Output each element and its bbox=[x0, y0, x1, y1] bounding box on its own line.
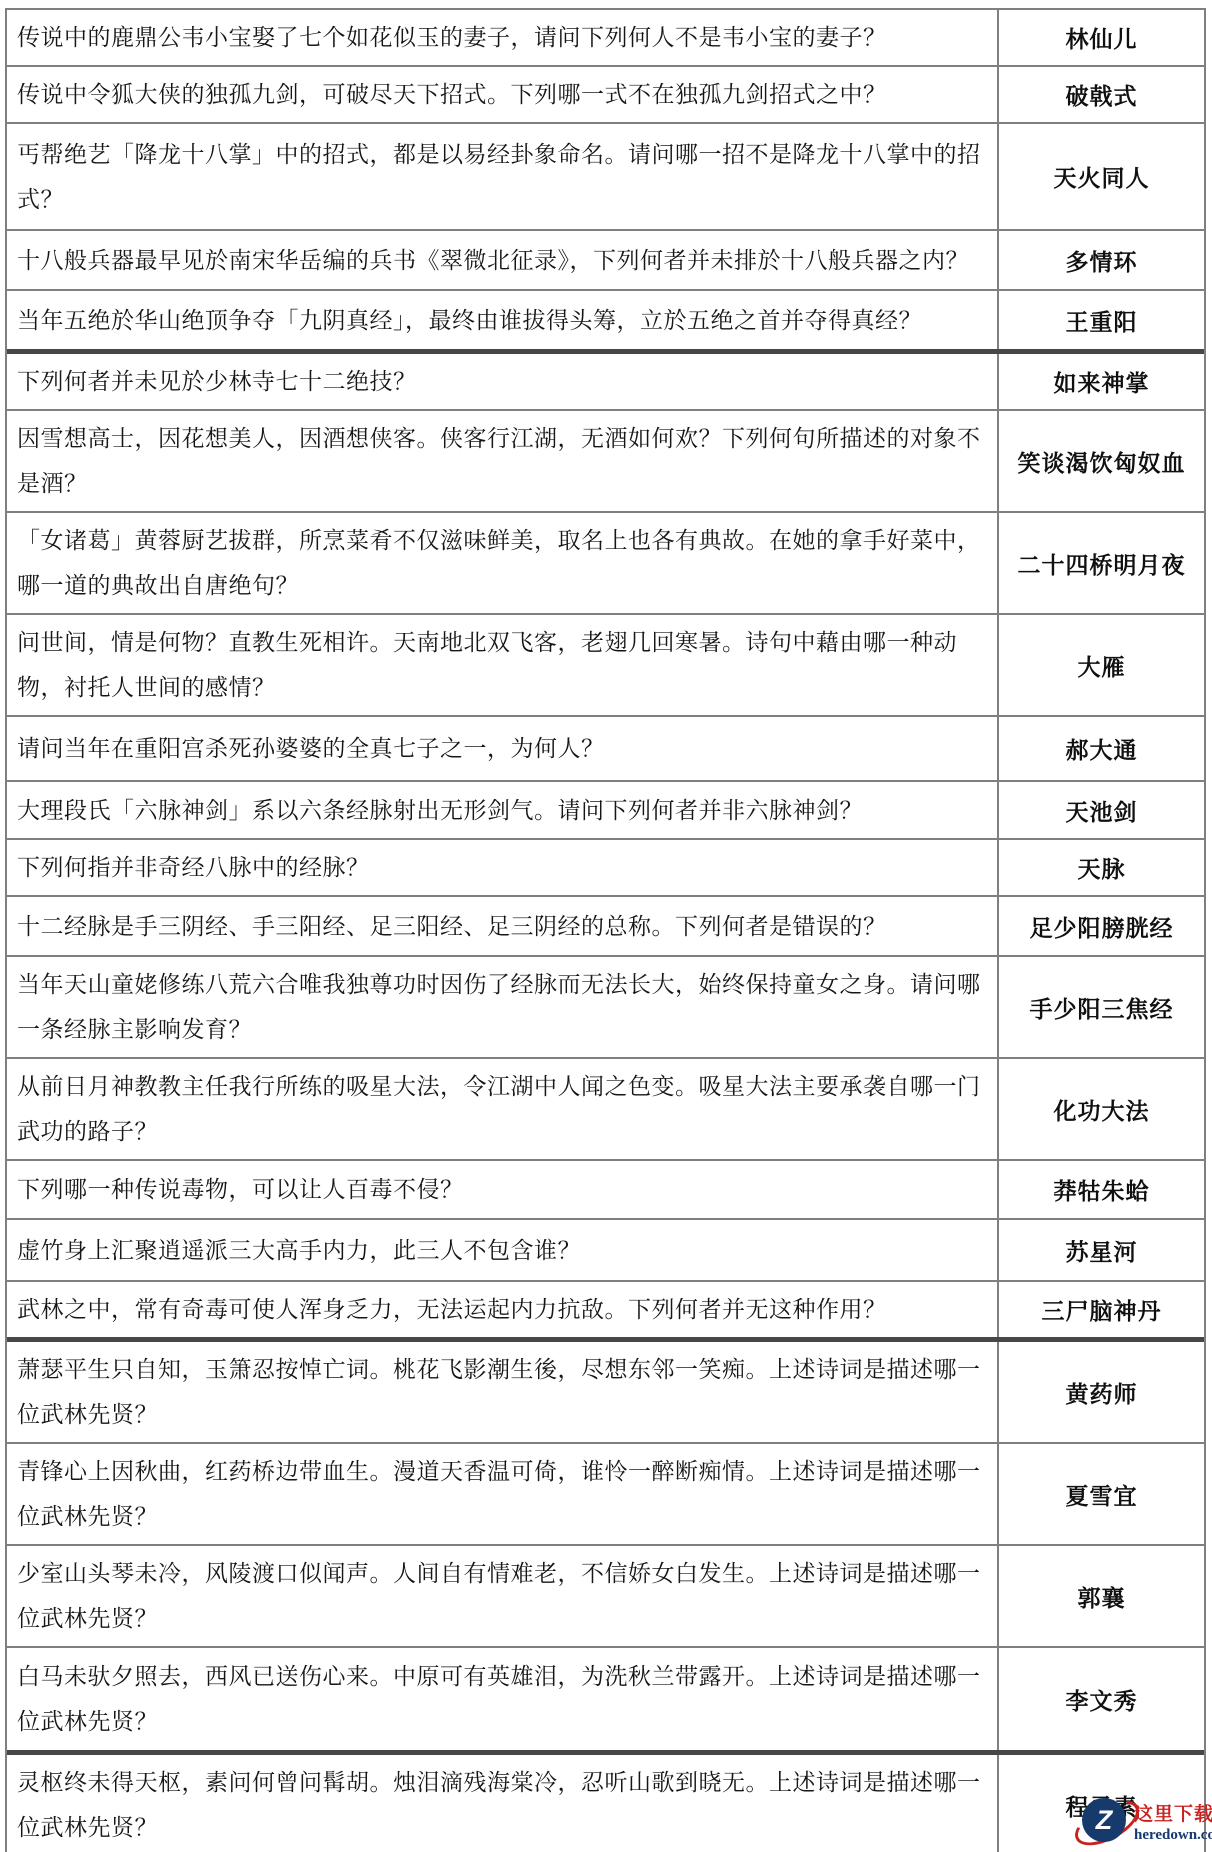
table-row: 青锋心上因秋曲，红药桥边带血生。漫道天香温可倚，谁怜一醉断痴情。上述诗词是描述哪… bbox=[7, 1444, 1204, 1546]
question-cell: 萧瑟平生只自知，玉箫忍按悼亡词。桃花飞影潮生後，尽想东邻一笑痴。上述诗词是描述哪… bbox=[7, 1342, 997, 1442]
question-cell: 丐帮绝艺「降龙十八掌」中的招式，都是以易经卦象命名。请问哪一招不是降龙十八掌中的… bbox=[7, 124, 997, 229]
table-row: 问世间，情是何物？直教生死相许。天南地北双飞客，老翅几回寒暑。诗句中藉由哪一种动… bbox=[7, 615, 1204, 717]
heredown-logo-icon: Z bbox=[1080, 1788, 1132, 1846]
answer-cell: 王重阳 bbox=[997, 291, 1204, 349]
answer-cell: 天池剑 bbox=[997, 782, 1204, 838]
answer-cell: 李文秀 bbox=[997, 1648, 1204, 1750]
question-cell: 「女诸葛」黄蓉厨艺拔群，所烹菜肴不仅滋味鲜美，取名上也各有典故。在她的拿手好菜中… bbox=[7, 513, 997, 613]
question-cell: 虚竹身上汇聚逍遥派三大高手内力，此三人不包含谁？ bbox=[7, 1220, 997, 1280]
table-row: 十八般兵器最早见於南宋华岳编的兵书《翠微北征录》，下列何者并未排於十八般兵器之内… bbox=[7, 231, 1204, 291]
table-row: 十二经脉是手三阴经、手三阳经、足三阳经、足三阴经的总称。下列何者是错误的？足少阳… bbox=[7, 897, 1204, 957]
table-row: 大理段氏「六脉神剑」系以六条经脉射出无形剑气。请问下列何者并非六脉神剑？天池剑 bbox=[7, 782, 1204, 840]
table-row: 当年五绝於华山绝顶争夺「九阴真经」，最终由谁拔得头筹，立於五绝之首并夺得真经？王… bbox=[7, 291, 1204, 354]
answer-cell: 笑谈渴饮匈奴血 bbox=[997, 411, 1204, 511]
table-row: 虚竹身上汇聚逍遥派三大高手内力，此三人不包含谁？苏星河 bbox=[7, 1220, 1204, 1282]
question-cell: 因雪想高士，因花想美人，因酒想侠客。侠客行江湖，无酒如何欢？下列何句所描述的对象… bbox=[7, 411, 997, 511]
question-cell: 武林之中，常有奇毒可使人浑身乏力，无法运起内力抗敌。下列何者并无这种作用？ bbox=[7, 1282, 997, 1337]
quiz-document-page: 传说中的鹿鼎公韦小宝娶了七个如花似玉的妻子，请问下列何人不是韦小宝的妻子？林仙儿… bbox=[0, 0, 1212, 1852]
question-cell: 从前日月神教教主任我行所练的吸星大法，令江湖中人闻之色变。吸星大法主要承袭自哪一… bbox=[7, 1059, 997, 1159]
question-cell: 问世间，情是何物？直教生死相许。天南地北双飞客，老翅几回寒暑。诗句中藉由哪一种动… bbox=[7, 615, 997, 715]
question-cell: 传说中的鹿鼎公韦小宝娶了七个如花似玉的妻子，请问下列何人不是韦小宝的妻子？ bbox=[7, 10, 997, 65]
answer-cell: 郭襄 bbox=[997, 1546, 1204, 1646]
question-cell: 大理段氏「六脉神剑」系以六条经脉射出无形剑气。请问下列何者并非六脉神剑？ bbox=[7, 782, 997, 838]
question-cell: 少室山头琴未冷，风陵渡口似闻声。人间自有情难老，不信娇女白发生。上述诗词是描述哪… bbox=[7, 1546, 997, 1646]
answer-cell: 手少阳三焦经 bbox=[997, 957, 1204, 1057]
table-row: 萧瑟平生只自知，玉箫忍按悼亡词。桃花飞影潮生後，尽想东邻一笑痴。上述诗词是描述哪… bbox=[7, 1342, 1204, 1444]
question-cell: 当年天山童姥修练八荒六合唯我独尊功时因伤了经脉而无法长大，始终保持童女之身。请问… bbox=[7, 957, 997, 1057]
question-cell: 当年五绝於华山绝顶争夺「九阴真经」，最终由谁拔得头筹，立於五绝之首并夺得真经？ bbox=[7, 291, 997, 349]
question-cell: 青锋心上因秋曲，红药桥边带血生。漫道天香温可倚，谁怜一醉断痴情。上述诗词是描述哪… bbox=[7, 1444, 997, 1544]
table-row: 请问当年在重阳宫杀死孙婆婆的全真七子之一，为何人？郝大通 bbox=[7, 717, 1204, 782]
answer-cell: 大雁 bbox=[997, 615, 1204, 715]
table-row: 少室山头琴未冷，风陵渡口似闻声。人间自有情难老，不信娇女白发生。上述诗词是描述哪… bbox=[7, 1546, 1204, 1648]
answer-cell: 天火同人 bbox=[997, 124, 1204, 229]
logo-circle-icon: Z bbox=[1082, 1798, 1126, 1842]
table-row: 从前日月神教教主任我行所练的吸星大法，令江湖中人闻之色变。吸星大法主要承袭自哪一… bbox=[7, 1059, 1204, 1161]
answer-cell: 莽牯朱蛤 bbox=[997, 1161, 1204, 1218]
heredown-watermark: Z 这里下载站 heredown.com bbox=[1080, 1782, 1212, 1852]
answer-cell: 化功大法 bbox=[997, 1059, 1204, 1159]
answer-cell: 郝大通 bbox=[997, 717, 1204, 780]
question-cell: 传说中令狐大侠的独孤九剑，可破尽天下招式。下列哪一式不在独孤九剑招式之中？ bbox=[7, 67, 997, 122]
table-row: 下列哪一种传说毒物，可以让人百毒不侵？莽牯朱蛤 bbox=[7, 1161, 1204, 1220]
logo-letter: Z bbox=[1096, 1807, 1113, 1834]
answer-cell: 苏星河 bbox=[997, 1220, 1204, 1280]
table-row: 当年天山童姥修练八荒六合唯我独尊功时因伤了经脉而无法长大，始终保持童女之身。请问… bbox=[7, 957, 1204, 1059]
table-row: 白马未驮夕照去，西风已送伤心来。中原可有英雄泪，为洗秋兰带露开。上述诗词是描述哪… bbox=[7, 1648, 1204, 1755]
answer-cell: 多情环 bbox=[997, 231, 1204, 289]
answer-cell: 黄药师 bbox=[997, 1342, 1204, 1442]
table-row: 丐帮绝艺「降龙十八掌」中的招式，都是以易经卦象命名。请问哪一招不是降龙十八掌中的… bbox=[7, 124, 1204, 231]
question-cell: 请问当年在重阳宫杀死孙婆婆的全真七子之一，为何人？ bbox=[7, 717, 997, 780]
answer-cell: 夏雪宜 bbox=[997, 1444, 1204, 1544]
question-cell: 十二经脉是手三阴经、手三阳经、足三阳经、足三阴经的总称。下列何者是错误的？ bbox=[7, 897, 997, 955]
table-row: 传说中的鹿鼎公韦小宝娶了七个如花似玉的妻子，请问下列何人不是韦小宝的妻子？林仙儿 bbox=[7, 10, 1204, 67]
answer-cell: 足少阳膀胱经 bbox=[997, 897, 1204, 955]
table-row: 下列何指并非奇经八脉中的经脉？天脉 bbox=[7, 840, 1204, 897]
watermark-site-name: 这里下载站 bbox=[1134, 1804, 1212, 1826]
answer-cell: 三尸脑神丹 bbox=[997, 1282, 1204, 1337]
answer-cell: 如来神掌 bbox=[997, 354, 1204, 409]
table-row: 灵枢终未得天枢，素问何曾问髯胡。烛泪滴残海棠冷，忍听山歌到晓无。上述诗词是描述哪… bbox=[7, 1755, 1204, 1852]
question-cell: 下列何者并未见於少林寺七十二绝技？ bbox=[7, 354, 997, 409]
question-cell: 下列何指并非奇经八脉中的经脉？ bbox=[7, 840, 997, 895]
table-row: 武林之中，常有奇毒可使人浑身乏力，无法运起内力抗敌。下列何者并无这种作用？三尸脑… bbox=[7, 1282, 1204, 1342]
table-row: 传说中令狐大侠的独孤九剑，可破尽天下招式。下列哪一式不在独孤九剑招式之中？破戟式 bbox=[7, 67, 1204, 124]
answer-cell: 二十四桥明月夜 bbox=[997, 513, 1204, 613]
table-row: 「女诸葛」黄蓉厨艺拔群，所烹菜肴不仅滋味鲜美，取名上也各有典故。在她的拿手好菜中… bbox=[7, 513, 1204, 615]
quiz-table: 传说中的鹿鼎公韦小宝娶了七个如花似玉的妻子，请问下列何人不是韦小宝的妻子？林仙儿… bbox=[5, 8, 1206, 1852]
table-row: 下列何者并未见於少林寺七十二绝技？如来神掌 bbox=[7, 354, 1204, 411]
question-cell: 白马未驮夕照去，西风已送伤心来。中原可有英雄泪，为洗秋兰带露开。上述诗词是描述哪… bbox=[7, 1648, 997, 1750]
question-cell: 十八般兵器最早见於南宋华岳编的兵书《翠微北征录》，下列何者并未排於十八般兵器之内… bbox=[7, 231, 997, 289]
question-cell: 灵枢终未得天枢，素问何曾问髯胡。烛泪滴残海棠冷，忍听山歌到晓无。上述诗词是描述哪… bbox=[7, 1755, 997, 1852]
answer-cell: 林仙儿 bbox=[997, 10, 1204, 65]
table-row: 因雪想高士，因花想美人，因酒想侠客。侠客行江湖，无酒如何欢？下列何句所描述的对象… bbox=[7, 411, 1204, 513]
answer-cell: 破戟式 bbox=[997, 67, 1204, 122]
watermark-text: 这里下载站 heredown.com bbox=[1134, 1804, 1212, 1844]
answer-cell: 天脉 bbox=[997, 840, 1204, 895]
question-cell: 下列哪一种传说毒物，可以让人百毒不侵？ bbox=[7, 1161, 997, 1218]
watermark-domain: heredown.com bbox=[1134, 1826, 1212, 1844]
